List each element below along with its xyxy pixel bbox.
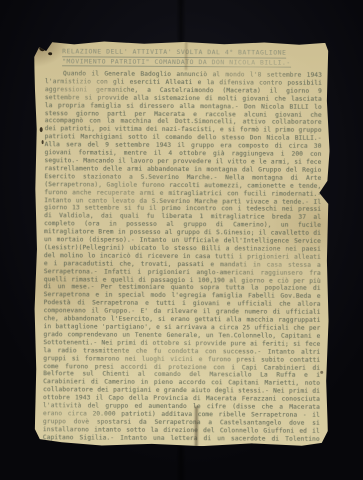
document-body-text: Quando il Generale Badoglio annunciò al …	[43, 70, 322, 444]
document-title-line-2: "MOVIMENTO PATRIOTI" COMANDATO DA DON NI…	[62, 57, 291, 68]
photo-background: RELAZIONE DELL' ATTIVITA' SVOLTA DAL 4° …	[0, 0, 363, 480]
document-header: RELAZIONE DELL' ATTIVITA' SVOLTA DAL 4° …	[62, 47, 324, 68]
fold-crease-top	[184, 40, 188, 70]
ink-speck	[42, 140, 44, 144]
ink-speck	[320, 371, 323, 374]
ink-speck	[40, 127, 43, 132]
fold-crease-bottom	[194, 406, 199, 448]
paper-damage-spot	[39, 45, 46, 52]
paper-damage-spot	[48, 52, 52, 55]
document-page: RELAZIONE DELL' ATTIVITA' SVOLTA DAL 4° …	[32, 39, 332, 449]
